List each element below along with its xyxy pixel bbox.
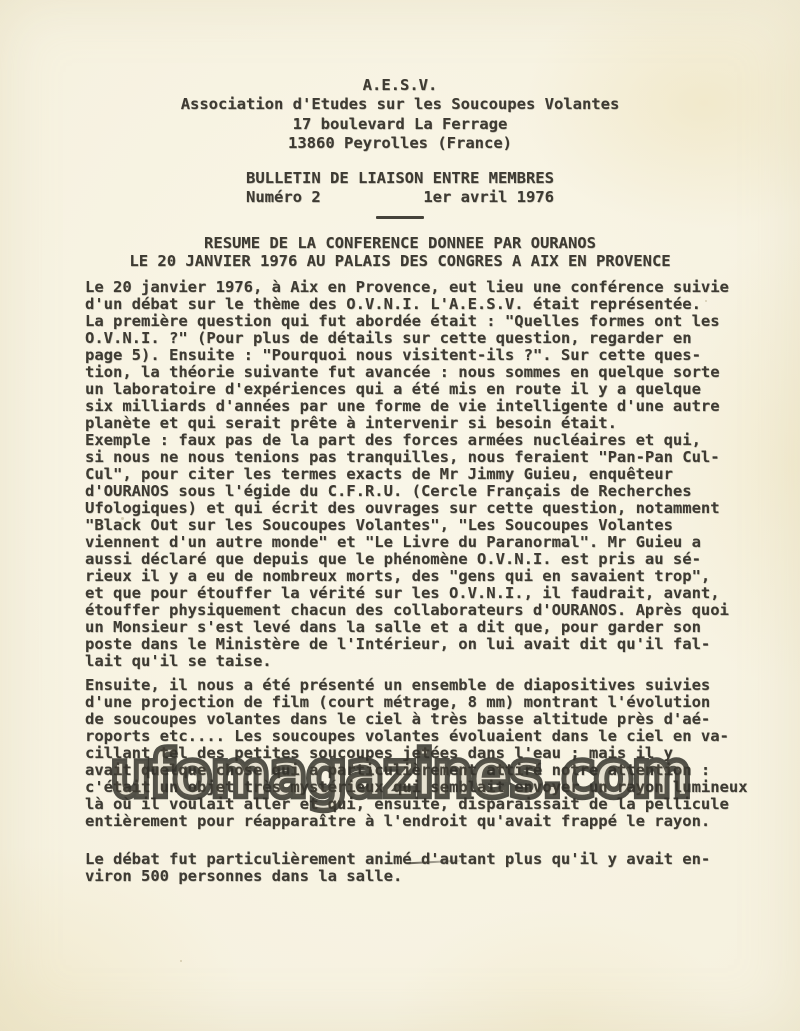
bulletin-title: BULLETIN DE LIAISON ENTRE MEMBRES [0,169,800,188]
issue-number-and-date: Numéro 2 1er avril 1976 [0,188,800,207]
paper-speck [180,960,182,962]
article-title-line2: LE 20 JANVIER 1976 AU PALAIS DES CONGRES… [0,253,800,270]
article-title: RESUME DE LA CONFERENCE DONNEE PAR OURAN… [0,235,800,270]
org-address-line1: 17 boulevard La Ferrage [0,115,800,134]
paragraph-film-projection: Ensuite, il nous a été présenté un ensem… [85,677,772,830]
paper-speck [121,517,124,520]
paragraph-conference-summary: Le 20 janvier 1976, à Aix en Provence, e… [85,279,772,670]
divider-rule [376,216,424,219]
article-body: Le 20 janvier 1976, à Aix en Provence, e… [85,279,772,885]
article-title-line1: RESUME DE LA CONFERENCE DONNEE PAR OURAN… [0,235,800,252]
scanned-document-page: A.E.S.V. Association d'Etudes sur les So… [0,0,800,1031]
document-header: A.E.S.V. Association d'Etudes sur les So… [0,0,800,219]
paragraph-debate: Le débat fut particulièrement animé d'au… [85,851,772,885]
org-name: Association d'Etudes sur les Soucoupes V… [0,95,800,114]
org-address-line2: 13860 Peyrolles (France) [0,134,800,153]
org-abbreviation: A.E.S.V. [0,76,800,95]
paper-speck [705,300,707,302]
